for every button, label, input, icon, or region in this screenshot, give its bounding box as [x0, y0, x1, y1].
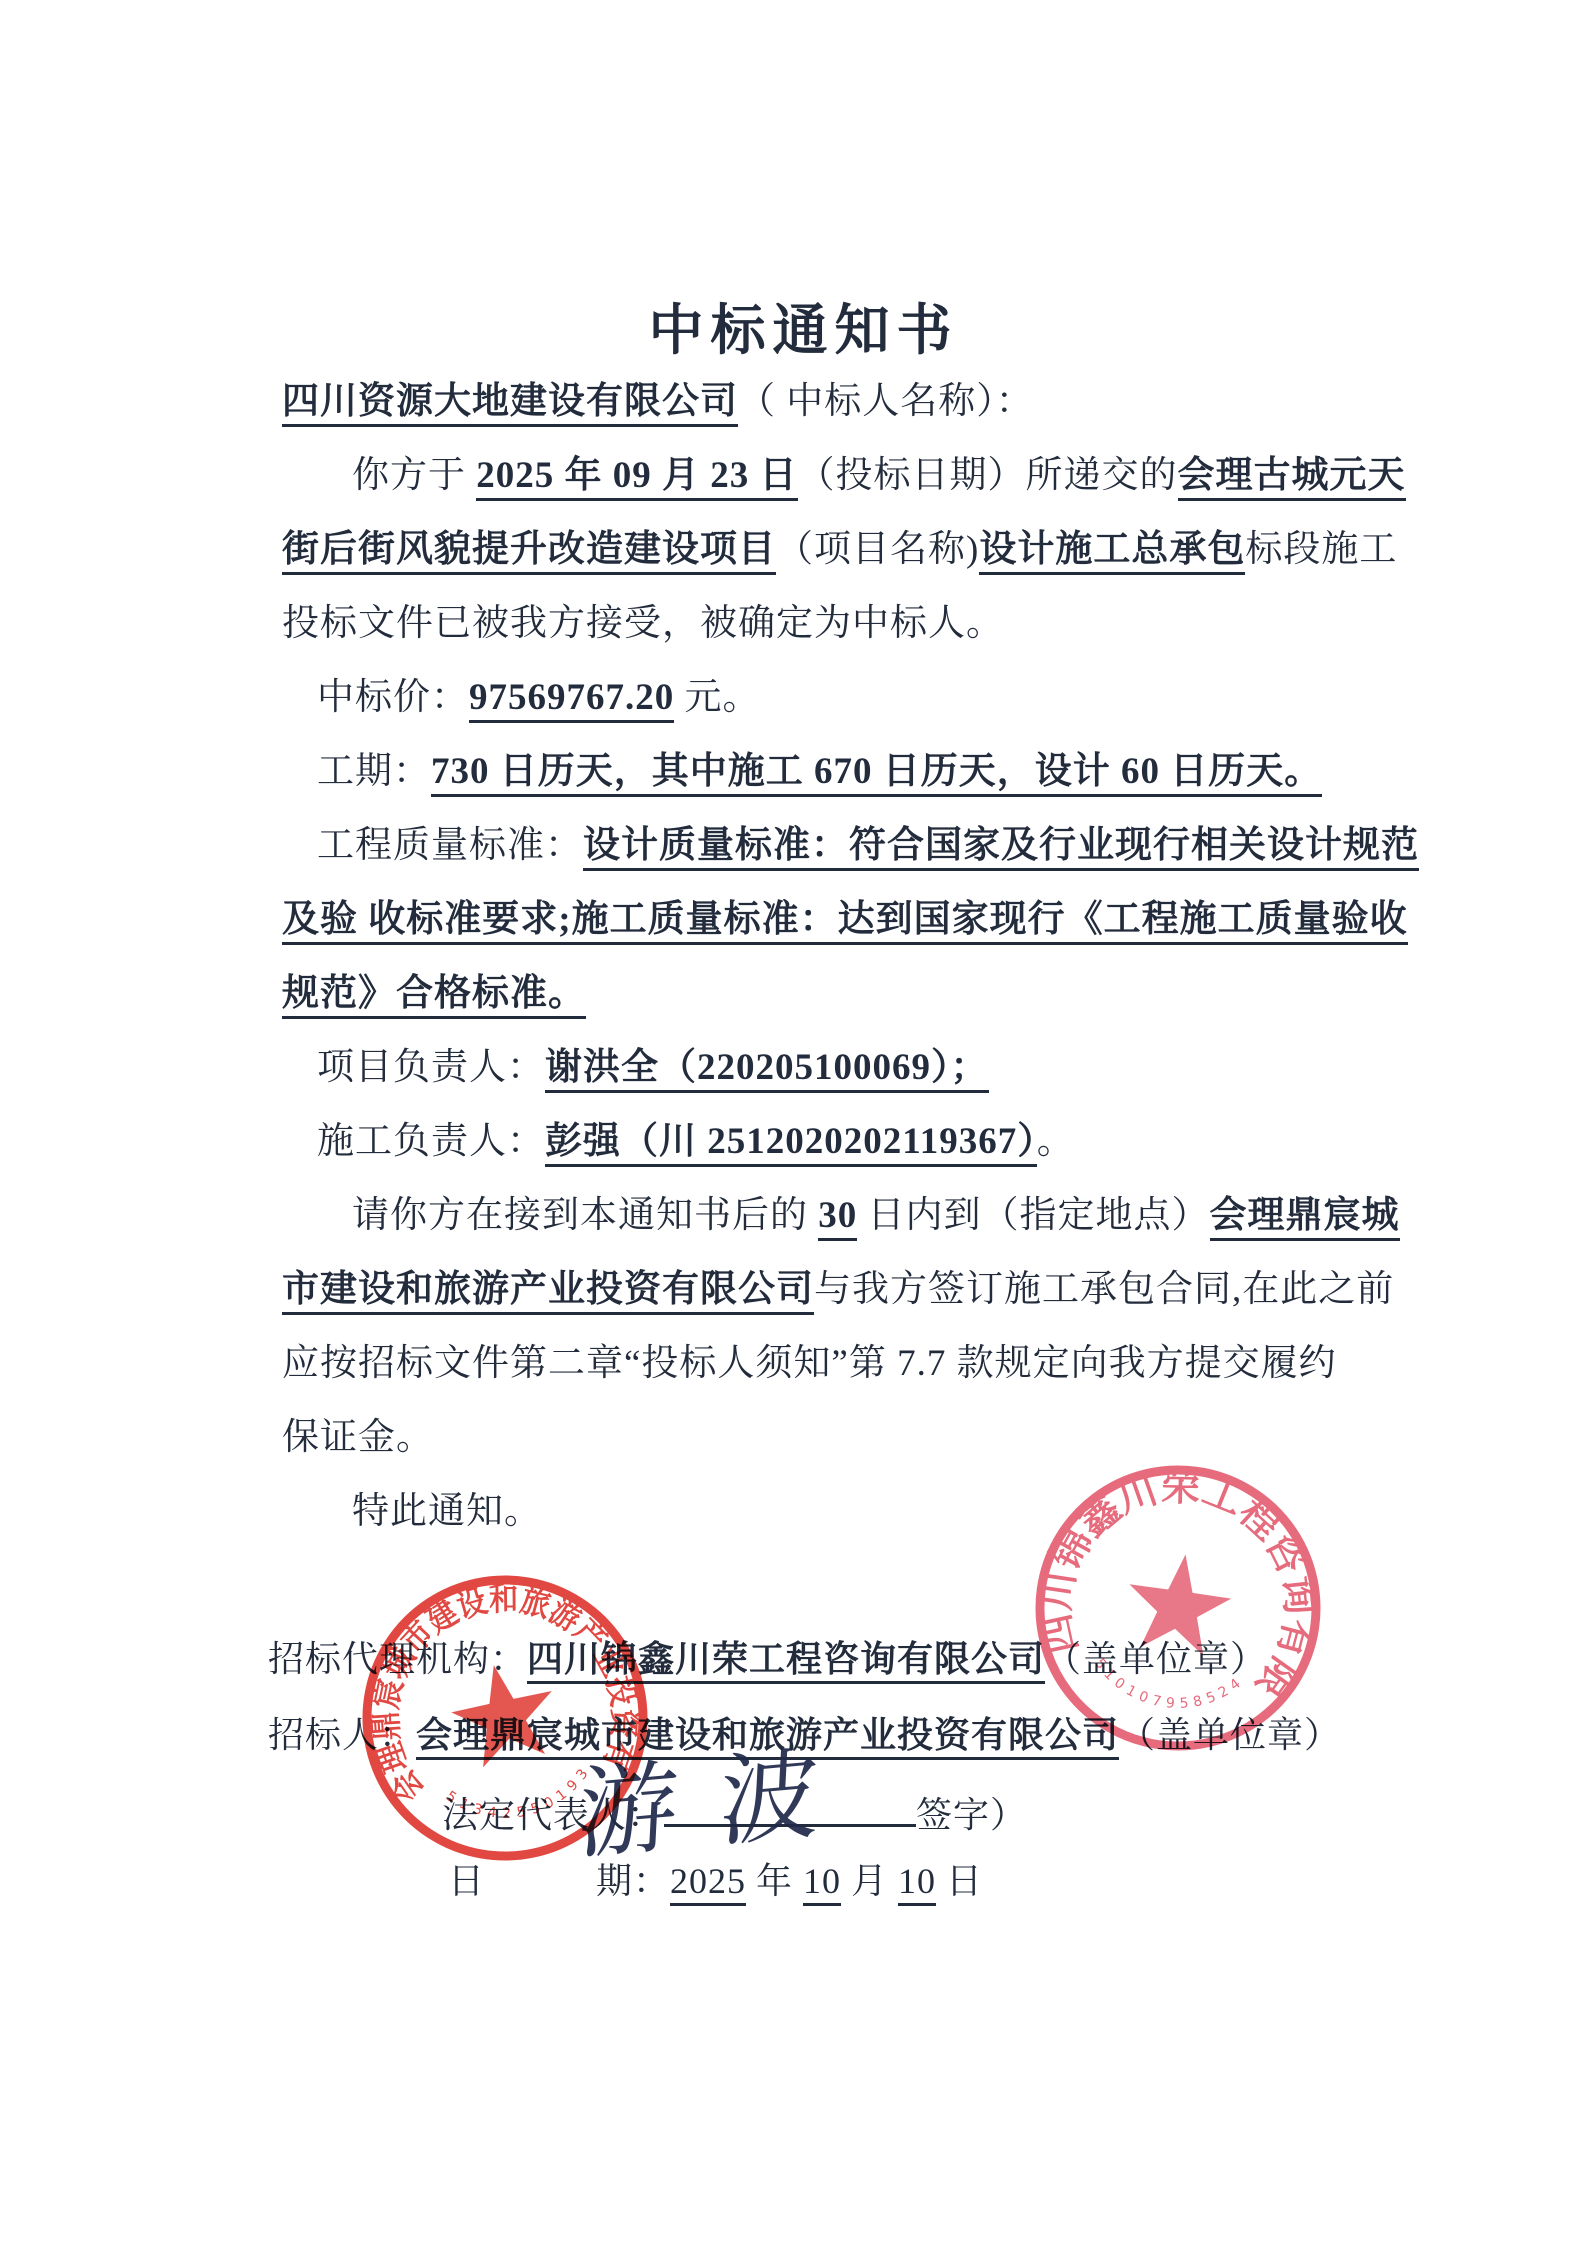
text-segment: 设计施工总承包	[979, 529, 1245, 575]
body-line-4: 投标文件已被我方接受，被确定为中标人。	[282, 602, 1004, 646]
text-segment: 设计质量标准：符合国家及行业现行相关设计规范	[583, 825, 1419, 871]
text-segment: （投标日期）所递交的	[798, 455, 1178, 496]
text-segment: 元。	[674, 677, 760, 718]
text-segment: 97569767.20	[469, 677, 674, 723]
body-line-13: 市建设和旅游产业投资有限公司与我方签订施工承包合同,在此之前	[282, 1268, 1394, 1312]
text-segment: 特此通知。	[352, 1491, 542, 1532]
text-segment: 及验 收标准要求;施工质量标准：达到国家现行《工程施工质量验收	[282, 899, 1408, 945]
text-segment: 与我方签订施工承包合同,在此之前	[814, 1269, 1394, 1310]
text-segment: 投标文件已被我方接受，被确定为中标人。	[282, 603, 1004, 644]
body-line-1: 四川资源大地建设有限公司（ 中标人名称）：	[282, 380, 1034, 424]
text-segment: 10	[803, 1861, 841, 1906]
body-line-3: 街后街风貌提升改造建设项目（项目名称)设计施工总承包标段施工	[282, 528, 1397, 572]
body-line-14: 应按招标文件第二章“投标人须知”第 7.7 款规定向我方提交履约	[282, 1342, 1337, 1386]
body-line-6: 工期：730 日历天，其中施工 670 日历天，设计 60 日历天。	[317, 750, 1322, 794]
text-segment: 中标价：	[317, 677, 469, 718]
document-title: 中标通知书	[10, 286, 1587, 365]
body-line-12: 请你方在接到本通知书后的 30 日内到（指定地点）会理鼎宸城	[352, 1194, 1400, 1238]
text-segment: 项目负责人：	[317, 1047, 545, 1088]
body-line-8: 及验 收标准要求;施工质量标准：达到国家现行《工程施工质量验收	[282, 898, 1408, 942]
text-segment: 730 日历天，其中施工 670 日历天，设计 60 日历天。	[431, 751, 1322, 797]
text-segment: 10	[898, 1861, 936, 1906]
text-segment: 日内到（指定地点）	[857, 1195, 1209, 1236]
body-line-10: 项目负责人：谢洪全（220205100069）；	[317, 1046, 989, 1090]
body-line-16: 特此通知。	[352, 1490, 542, 1534]
text-segment: 日	[936, 1861, 983, 1901]
text-segment: （盖单位章）	[1119, 1715, 1341, 1755]
text-segment: （盖单位章）	[1045, 1639, 1267, 1679]
text-segment: （ 中标人名称）：	[738, 381, 1034, 422]
body-line-2: 你方于 2025 年 09 月 23 日（投标日期）所递交的会理古城元天	[352, 454, 1406, 498]
body-line-5: 中标价：97569767.20 元。	[317, 676, 761, 720]
text-segment: （项目名称)	[776, 529, 979, 570]
text-segment: 谢洪全（220205100069）；	[545, 1047, 989, 1093]
body-line-11: 施工负责人：彭强（川 2512020202119367）。	[317, 1120, 1075, 1164]
text-segment: 会理古城元天	[1178, 455, 1406, 501]
text-segment: 月	[841, 1861, 898, 1901]
text-segment: 施工负责人：	[317, 1121, 545, 1162]
body-line-7: 工程质量标准：设计质量标准：符合国家及行业现行相关设计规范	[317, 824, 1419, 868]
text-segment: 规范》合格标准。	[282, 973, 586, 1019]
document-page: 中标通知书 四川资源大地建设有限公司（ 中标人名称）：你方于 2025 年 09…	[0, 0, 1587, 2245]
text-segment: 2025 年 09 月 23 日	[476, 455, 797, 501]
text-segment: 街后街风貌提升改造建设项目	[282, 529, 776, 575]
text-segment: 彭强（川 2512020202119367）	[545, 1121, 1037, 1167]
text-segment: 签字）	[916, 1795, 1027, 1835]
body-line-9: 规范》合格标准。	[282, 972, 586, 1016]
legal-representative-signature: 游波	[575, 1709, 866, 1879]
text-segment: 工期：	[317, 751, 431, 792]
text-segment: 四川资源大地建设有限公司	[282, 381, 738, 427]
text-segment: 标段施工	[1245, 529, 1397, 570]
body-line-15: 保证金。	[282, 1416, 434, 1460]
text-segment: 30	[818, 1195, 857, 1241]
text-segment: 。	[1037, 1121, 1075, 1162]
bid-agency-line: 招标代理机构：四川锦鑫川荣工程咨询有限公司（盖单位章）	[268, 1638, 1267, 1681]
text-segment: 会理鼎宸城	[1210, 1195, 1400, 1241]
text-segment: 保证金。	[282, 1417, 434, 1458]
text-segment: 应按招标文件第二章“投标人须知”第 7.7 款规定向我方提交履约	[282, 1343, 1337, 1384]
text-segment: 你方于	[352, 455, 476, 496]
text-segment: 招标人：	[268, 1715, 416, 1755]
text-segment: 四川锦鑫川荣工程咨询有限公司	[527, 1639, 1045, 1684]
text-segment: 招标代理机构：	[268, 1639, 527, 1679]
text-segment: 工程质量标准：	[317, 825, 583, 866]
text-segment: 年	[746, 1861, 803, 1901]
text-segment: 请你方在接到本通知书后的	[352, 1195, 818, 1236]
text-segment: 市建设和旅游产业投资有限公司	[282, 1269, 814, 1315]
